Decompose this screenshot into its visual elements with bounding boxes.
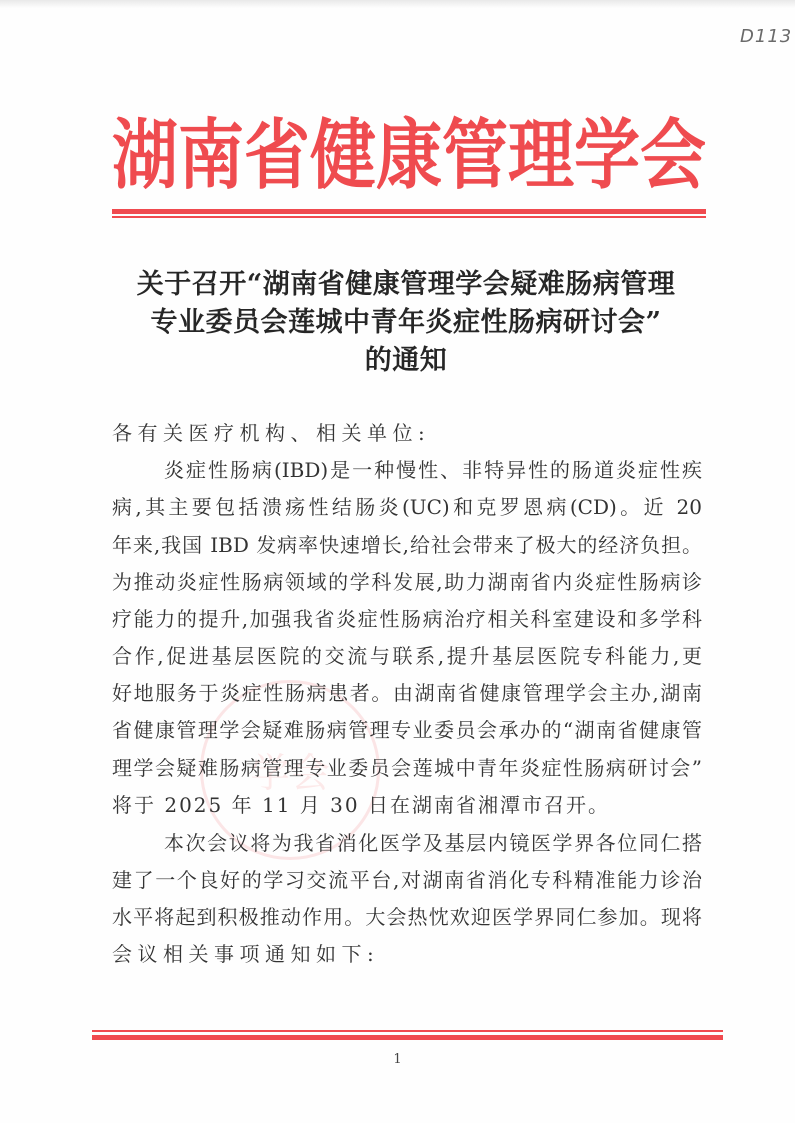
scan-edge [0, 0, 795, 8]
masthead-character: 学 [574, 100, 640, 210]
footer-rule-thick [92, 1035, 723, 1040]
footer-rule-thin [92, 1030, 723, 1032]
paragraph-1-line: 年来,我国 IBD 发病率快速增长,给社会带来了极大的经济负担。 [112, 532, 702, 558]
paragraph-2-line: 会议相关事项通知如下: [112, 941, 702, 967]
paragraph-1-line: 理学会疑难肠病管理专业委员会莲城中青年炎症性肠病研讨会” [112, 755, 702, 781]
handwritten-code: D113 [740, 26, 792, 47]
paragraph-1-line: 省健康管理学会疑难肠病管理专业委员会承办的“湖南省健康管 [112, 717, 702, 743]
paragraph-1-line: 将于 2025 年 11 月 30 日在湖南省湘潭市召开。 [112, 792, 702, 818]
masthead-rule-thick [112, 209, 706, 214]
salutation: 各有关医疗机构、相关单位: [112, 420, 702, 446]
masthead-rule-thin [112, 216, 706, 218]
paragraph-1-line: 为推动炎症性肠病领域的学科发展,助力湖南省内炎症性肠病诊 [112, 569, 702, 595]
paragraph-2-line: 水平将起到积极推动作用。大会热忱欢迎医学界同仁参加。现将 [112, 904, 702, 930]
paragraph-1-line: 病,其主要包括溃疡性结肠炎(UC)和克罗恩病(CD)。近 20 [112, 494, 702, 520]
masthead-character: 省 [244, 100, 310, 210]
masthead-organization-name: 湖南省健康管理学会 [112, 100, 706, 210]
masthead-character: 理 [508, 100, 574, 210]
paragraph-2-line: 建了一个良好的学习交流平台,对湖南省消化专科精准能力诊治 [112, 867, 702, 893]
masthead-character: 康 [376, 100, 442, 210]
paragraph-1-line: 疗能力的提升,加强我省炎症性肠病治疗相关科室建设和多学科 [112, 606, 702, 632]
document-title-line-1: 关于召开“湖南省健康管理学会疑难肠病管理 [100, 262, 712, 301]
document-title-line-2: 专业委员会莲城中青年炎症性肠病研讨会” [100, 300, 712, 339]
masthead-character: 会 [640, 100, 706, 210]
masthead-character: 健 [310, 100, 376, 210]
paragraph-1-line: 好地服务于炎症性肠病患者。由湖南省健康管理学会主办,湖南 [112, 680, 702, 706]
page-number: 1 [0, 1052, 795, 1067]
paragraph-2-line: 本次会议将为我省消化医学及基层内镜医学界各位同仁搭 [164, 830, 702, 856]
paragraph-1-line: 合作,促进基层医院的交流与联系,提升基层医院专科能力,更 [112, 643, 702, 669]
masthead-character: 湖 [112, 100, 178, 210]
masthead-character: 南 [178, 100, 244, 210]
document-title-line-3: 的通知 [100, 338, 712, 377]
masthead-character: 管 [442, 100, 508, 210]
paragraph-1-line: 炎症性肠病(IBD)是一种慢性、非特异性的肠道炎症性疾 [164, 457, 702, 483]
